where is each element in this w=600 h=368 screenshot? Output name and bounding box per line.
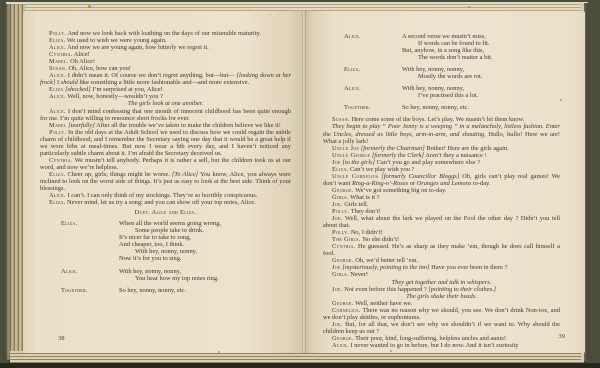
speech-paragraph: Joe [to the girls] Can’t you go and play…: [323, 159, 560, 166]
speech-paragraph: Joe [mysteriously, pointing to the inn] …: [323, 264, 560, 271]
text-run: And now we are young again, how bitterly…: [66, 44, 209, 51]
speech-paragraph: Eliza. We used to wish we were young aga…: [40, 37, 291, 44]
speech-paragraph: Cynthia. We mustn’t tell anybody. Perhap…: [40, 157, 291, 171]
speaker-name: George.: [332, 300, 354, 307]
verse-lines: So hey, nonny, nonny, etc.: [119, 287, 291, 294]
text-run: Can’t you go and play somewhere else ?: [375, 159, 480, 166]
text-run: Their poor, kind, long-suffering, helple…: [354, 335, 506, 342]
speech-paragraph: Joe. Well, what about the lark we played…: [323, 215, 560, 229]
speech-paragraph: Susan. Here come some of the boys. Let’s…: [323, 116, 560, 123]
speaker-name: Mabel: [49, 122, 67, 129]
text-run: Well, now, honestly—wouldn’t you ?: [66, 93, 163, 100]
text-run: What is it ?: [349, 194, 380, 201]
verse-line: Some people take to drink.: [119, 227, 291, 234]
speaker-name: Uncle Cornelius: [332, 173, 378, 180]
verse-speaker-label: Alice.: [61, 268, 119, 282]
text-run: or: [408, 180, 417, 187]
text-run: Oh, we’d better tell ’em.: [354, 257, 418, 264]
speaker-name: Polly.: [49, 30, 66, 37]
text-run: Here come some of the boys. Let’s play. …: [350, 116, 524, 123]
verse-speaker-label: Alice.: [344, 33, 402, 61]
speech-paragraph: Eliza. Cheer up, girls; things might be …: [40, 171, 291, 192]
verse-lines: So hey, nonny, nonny, etc.: [402, 104, 560, 111]
text-run: Well, what about the lark we played on t…: [323, 215, 560, 229]
speech-paragraph: Alice. And now we are young again, how b…: [40, 44, 291, 51]
song-verse: Alice.A second verse we mustn’t miss,If …: [323, 33, 560, 111]
speech-paragraph: Uncle George [formerly the Clerk] Aren’t…: [323, 152, 560, 159]
speaker-name: Joe: [332, 159, 341, 166]
speech-paragraph: Eliza [shocked] I’m surprised at you, Al…: [40, 86, 291, 93]
verse-row: Alice.With hey, nonny, nonny,You hear ho…: [40, 268, 291, 282]
speech-paragraph: Cornelius. There was no reason why we sh…: [323, 307, 560, 321]
text-run: They get together and talk in whispers.: [392, 279, 492, 286]
foxing-speck: [560, 99, 562, 101]
text-run: Bother! Here are the girls again.: [425, 145, 509, 152]
verse-line: It’s nicer far to take to song,: [119, 234, 291, 241]
stage-direction: The girls shake their heads.: [323, 293, 560, 300]
foxing-speck: [390, 350, 392, 352]
speaker-name: Susan.: [332, 116, 350, 123]
open-book-spread: Polly. And now we look back with loathin…: [23, 11, 585, 353]
text-run: He guessed. He’s as sharp as they make ’…: [323, 243, 560, 257]
page-left-text: Polly. And now we look back with loathin…: [23, 11, 304, 353]
speaker-name: The Girls.: [332, 236, 361, 243]
text-run: I’m surprised at you, Alice!: [91, 86, 163, 93]
speaker-name: Eliza.: [49, 199, 65, 206]
speech-paragraph: Alice. I can’t. I can only think of my s…: [40, 192, 291, 199]
speech-paragraph: George. We’ve got something big on to-da…: [323, 187, 560, 194]
text-run: [mysteriously, pointing to the inn]: [342, 264, 429, 271]
speech-paragraph: George. Their poor, kind, long-suffering…: [323, 335, 560, 342]
foxing-speck: [88, 5, 91, 8]
speech-paragraph: Alice. I didn’t mean it. Of course we do…: [40, 72, 291, 86]
duet-heading: Duet. Alice and Eliza.: [40, 209, 291, 216]
text-run: I didn’t mean it. Of course we don’t reg…: [66, 72, 237, 79]
text-run: Never!: [349, 271, 368, 278]
speech-paragraph: Alice. Well, now, honestly—wouldn’t you …: [40, 93, 291, 100]
verse-line: And cheaper, too, I think.: [119, 241, 291, 248]
stage-direction-paragraph: They begin to play “ Poor Jenny is a wee…: [323, 123, 560, 144]
speaker-name: Uncle George: [332, 152, 370, 159]
page-left: Polly. And now we look back with loathin…: [23, 11, 304, 353]
speaker-name: Joe.: [332, 286, 343, 293]
speaker-name: Joe.: [332, 321, 343, 328]
verse-line: With hey, nonny, nonny,: [119, 248, 291, 255]
speech-paragraph: Alice. I never wanted to go in before, b…: [323, 342, 560, 349]
speech-paragraph: George. Well, neither have we.: [323, 300, 560, 307]
verse-line: With hey, nonny, nonny,: [402, 66, 560, 73]
verse-line: A second verse we mustn’t miss,: [402, 33, 560, 40]
text-run: The girls shake their heads.: [406, 293, 477, 300]
text-run: Can’t we play with you ?: [348, 166, 414, 173]
speaker-name: Uncle Joe: [332, 145, 359, 152]
text-run: No she didn’t!: [361, 236, 399, 243]
speaker-name: Cornelius.: [332, 307, 361, 314]
page-right: Alice.A second verse we mustn’t miss,If …: [304, 11, 585, 353]
text-run: I never wanted to go in before, but I do…: [349, 342, 519, 349]
text-run: Well, neither have we.: [354, 300, 413, 307]
text-run: Oh Alice!: [69, 58, 96, 65]
verse-lines: With hey, nonny, nonny,I’ve practised th…: [402, 85, 560, 99]
speech-paragraph: George. Oh, we’d better tell ’em.: [323, 257, 560, 264]
speaker-name: Cynthia.: [49, 157, 73, 164]
speaker-name: Girls.: [332, 271, 349, 278]
speech-paragraph: Girls. What is it ?: [323, 194, 560, 201]
speaker-name: Girls.: [332, 194, 349, 201]
speaker-name: Joe: [332, 264, 341, 271]
speech-paragraph: Eliza. Can’t we play with you ?: [323, 166, 560, 173]
speech-paragraph: Joe. Not even before this happened ? [po…: [323, 286, 560, 293]
text-run: Never mind, let us try a song; and you c…: [65, 199, 255, 206]
text-run: We mustn’t tell anybody. Perhaps it is r…: [40, 157, 291, 171]
text-run: Ring-a-Ring-o’-Roses: [352, 180, 408, 187]
speaker-name: Eliza: [49, 86, 64, 93]
stage-direction: They get together and talk in whispers.: [323, 279, 560, 286]
speaker-name: Joe.: [332, 215, 343, 222]
foxing-speck: [468, 6, 470, 8]
speaker-name: George.: [332, 257, 354, 264]
speech-paragraph: Polly. No, I didn’t!: [323, 229, 560, 236]
speaker-name: Alice.: [49, 93, 66, 100]
text-run: They don’t!: [349, 208, 381, 215]
speaker-name: Polly.: [332, 229, 349, 236]
text-run: And now we look back with loathing on th…: [66, 30, 261, 37]
verse-speaker-label: Together.: [61, 287, 119, 294]
page-right-text: Alice.A second verse we mustn’t miss,If …: [304, 11, 585, 353]
verse-line: But, anyhow, in a song like this,: [402, 47, 560, 54]
gutter-fold: [302, 11, 306, 353]
speaker-name: George.: [332, 335, 354, 342]
speaker-name: Duet. Alice and Eliza.: [135, 209, 197, 216]
text-run: like something a little more fashionable…: [78, 79, 249, 86]
text-run: [formerly Councillor Bloggs]: [381, 173, 459, 180]
text-run: should: [61, 79, 78, 86]
speaker-name: Eliza.: [49, 37, 65, 44]
text-run: After all the trouble we’ve taken to mak…: [95, 122, 281, 129]
speech-paragraph: Polly. And now we look back with loathin…: [40, 30, 291, 37]
text-run: We’ve got something big on to-day.: [354, 187, 447, 194]
speaker-name: George.: [332, 187, 354, 194]
speech-paragraph: Polly. They don’t!: [323, 208, 560, 215]
text-run: [to the girls]: [342, 159, 375, 166]
speech-paragraph: Cynthia. Alice!: [40, 51, 291, 58]
verse-lines: With hey, nonny, nonny,You hear how my t…: [119, 268, 291, 282]
speaker-name: Alice.: [49, 44, 66, 51]
speech-paragraph: Joe. Girls tell.: [323, 201, 560, 208]
speech-paragraph: Alice. I don’t mind confessing that one …: [40, 108, 291, 122]
text-run: But, for all that, we don’t see why we s…: [323, 321, 560, 335]
stage-direction: The girls look at one another.: [40, 100, 291, 107]
text-run: Not even before this happened ?: [343, 286, 429, 293]
text-run: [formerly the Clerk]: [372, 152, 424, 159]
text-run: [pointing to their clothes.]: [428, 286, 496, 293]
speaker-name: Cynthia.: [49, 51, 73, 58]
speech-paragraph: The Girls. No she didn’t!: [323, 236, 560, 243]
verse-line: If words can be found to fit.: [402, 40, 560, 47]
verse-line: So hey, nonny, nonny, etc.: [402, 104, 560, 111]
verse-speaker-label: Eliza.: [344, 66, 402, 80]
book-photograph: Polly. And now we look back with loathin…: [0, 0, 600, 368]
speech-paragraph: Uncle Joe [formerly the Chairman] Bother…: [323, 145, 560, 152]
speaker-name: Alice.: [49, 72, 66, 79]
speaker-name: Alice.: [49, 108, 66, 115]
text-run: We used to wish we were young again.: [65, 37, 166, 44]
song-verse: Eliza.When all the world seems going wro…: [40, 220, 291, 293]
speech-paragraph: Cynthia. He guessed. He’s as sharp as th…: [323, 243, 560, 257]
text-run: I can’t. I can only think of my stocking…: [66, 192, 257, 199]
verse-line: When all the world seems going wrong,: [119, 220, 291, 227]
speech-paragraph: Mabel [tearfully] After all the trouble …: [40, 122, 291, 129]
speech-paragraph: Girls. Never!: [323, 271, 560, 278]
speaker-name: Polly.: [332, 208, 349, 215]
speaker-name: Alice.: [332, 342, 349, 349]
verse-line: Now it’s for you to sing.: [119, 255, 291, 262]
text-run: Aren’t they a nuisance !: [424, 152, 487, 159]
text-run: Oranges and Lemons: [417, 180, 472, 187]
verse-line: So hey, nonny, nonny, etc.: [119, 287, 291, 294]
speech-paragraph: Polly. In the old days at the Adult Scho…: [40, 129, 291, 157]
speaker-name: Eliza.: [332, 166, 348, 173]
speaker-name: Eliza.: [49, 171, 65, 178]
verse-row: Eliza.With hey, nonny, nonny,Mostly the …: [323, 66, 560, 80]
text-run: [shocked]: [65, 86, 91, 93]
verse-line: With hey, nonny, nonny,: [402, 85, 560, 92]
text-run: to-day.: [471, 180, 490, 187]
speaker-name: Joe.: [332, 201, 343, 208]
verse-line: I’ve practised this a lot.: [402, 92, 560, 99]
speaker-name: Susan.: [49, 65, 67, 72]
text-run: [To Alice]: [172, 171, 198, 178]
text-run: I don’t mind confessing that one month o…: [40, 108, 291, 122]
text-run: [tearfully]: [68, 122, 95, 129]
speaker-name: Alice.: [49, 192, 66, 199]
verse-row: Together.So hey, nonny, nonny, etc.: [40, 287, 291, 294]
verse-row: Alice.With hey, nonny, nonny,I’ve practi…: [323, 85, 560, 99]
speech-paragraph: Joe. But, for all that, we don’t see why…: [323, 321, 560, 335]
text-run: Have you ever been in there ?: [430, 264, 508, 271]
verse-lines: With hey, nonny, nonny,Mostly the words …: [402, 66, 560, 80]
verse-row: Alice.A second verse we mustn’t miss,If …: [323, 33, 560, 61]
text-run: Oh, Alice, how can you!: [67, 65, 131, 72]
text-run: Alice!: [73, 51, 90, 58]
text-run: The girls look at one another.: [128, 100, 203, 107]
text-run: In the old days at the Adult School we u…: [40, 129, 291, 157]
text-run: No, I didn’t!: [349, 229, 383, 236]
verse-speaker-label: Eliza.: [61, 220, 119, 262]
speaker-name: Polly.: [49, 129, 66, 136]
verse-line: With hey, nonny, nonny,: [119, 268, 291, 275]
speaker-name: Mabel.: [49, 58, 69, 65]
speech-paragraph: Uncle Cornelius [formerly Councillor Blo…: [323, 173, 560, 187]
text-run: Girls tell.: [343, 201, 369, 208]
speaker-name: Cynthia.: [332, 243, 356, 250]
foxing-speck: [218, 351, 220, 353]
verse-speaker-label: Together.: [344, 104, 402, 111]
verse-line: You hear how my top notes ring.: [119, 275, 291, 282]
verse-lines: A second verse we mustn’t miss,If words …: [402, 33, 560, 61]
verse-line: The words don’t matter a bit.: [402, 54, 560, 61]
speech-paragraph: Susan. Oh, Alice, how can you!: [40, 65, 291, 72]
speech-paragraph: Eliza. Never mind, let us try a song; an…: [40, 199, 291, 206]
text-run: Cheer up, girls; things might be worse.: [65, 171, 172, 178]
verse-row: Eliza.When all the world seems going wro…: [40, 220, 291, 262]
verse-line: Mostly the words are rot.: [402, 73, 560, 80]
verse-row: Together.So hey, nonny, nonny, etc.: [323, 104, 560, 111]
text-run: [formerly the Chairman]: [361, 145, 425, 152]
verse-speaker-label: Alice.: [344, 85, 402, 99]
speech-paragraph: Mabel. Oh Alice!: [40, 58, 291, 65]
verse-lines: When all the world seems going wrong,Som…: [119, 220, 291, 262]
table-backdrop: [0, 363, 600, 368]
page-number-left: 38: [58, 335, 65, 342]
page-number-right: 39: [558, 333, 565, 340]
